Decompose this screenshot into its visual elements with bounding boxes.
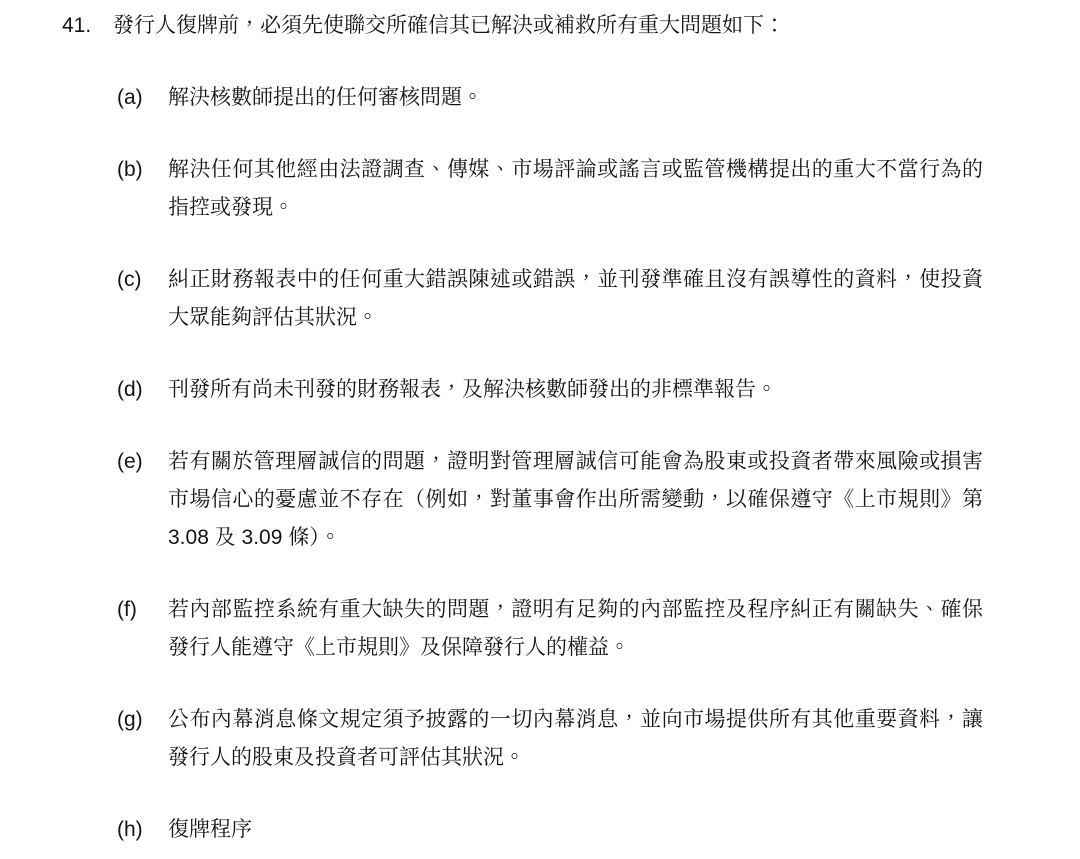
- sub-item-h: (h) 復牌程序: [117, 811, 1080, 849]
- sub-item-a-label: (a): [117, 79, 168, 117]
- sub-item-c-label: (c): [117, 261, 168, 299]
- sub-item-b-label: (b): [117, 151, 168, 189]
- sub-item-b: (b) 解決任何其他經由法證調查、傳媒、市場評論或謠言或監管機構提出的重大不當行…: [117, 151, 1080, 227]
- sub-item-e-label: (e): [117, 443, 168, 481]
- sub-item-h-label: (h): [117, 811, 168, 849]
- sub-item-c: (c) 糾正財務報表中的任何重大錯誤陳述或錯誤，並刊發準確且沒有誤導性的資料，使…: [117, 261, 1080, 337]
- sub-item-h-text: 復牌程序: [168, 811, 983, 849]
- item-41-text: 發行人復牌前，必須先使聯交所確信其已解決或補救所有重大問題如下：: [113, 7, 1013, 45]
- sub-item-d-label: (d): [117, 371, 168, 409]
- item-number: 41.: [62, 7, 113, 45]
- list-item-41: 41. 發行人復牌前，必須先使聯交所確信其已解決或補救所有重大問題如下：: [62, 7, 1080, 45]
- sub-item-g: (g) 公布內幕消息條文規定須予披露的一切內幕消息，並向市場提供所有其他重要資料…: [117, 701, 1080, 777]
- sub-item-d-text: 刊發所有尚未刊發的財務報表，及解決核數師發出的非標準報告。: [168, 371, 983, 409]
- sub-item-e-text: 若有關於管理層誠信的問題，證明對管理層誠信可能會為股東或投資者帶來風險或損害市場…: [168, 443, 983, 557]
- sub-item-g-text: 公布內幕消息條文規定須予披露的一切內幕消息，並向市場提供所有其他重要資料，讓發行…: [168, 701, 983, 777]
- sub-item-b-text: 解決任何其他經由法證調查、傳媒、市場評論或謠言或監管機構提出的重大不當行為的指控…: [168, 151, 983, 227]
- document-page: 41. 發行人復牌前，必須先使聯交所確信其已解決或補救所有重大問題如下： (a)…: [0, 0, 1080, 849]
- sub-item-a: (a) 解決核數師提出的任何審核問題。: [117, 79, 1080, 117]
- sub-item-f-text: 若內部監控系統有重大缺失的問題，證明有足夠的內部監控及程序糾正有關缺失、確保發行…: [168, 591, 983, 667]
- sub-item-f: (f) 若內部監控系統有重大缺失的問題，證明有足夠的內部監控及程序糾正有關缺失、…: [117, 591, 1080, 667]
- sub-item-d: (d) 刊發所有尚未刊發的財務報表，及解決核數師發出的非標準報告。: [117, 371, 1080, 409]
- sub-item-a-text: 解決核數師提出的任何審核問題。: [168, 79, 983, 117]
- sub-item-e: (e) 若有關於管理層誠信的問題，證明對管理層誠信可能會為股東或投資者帶來風險或…: [117, 443, 1080, 557]
- sub-item-c-text: 糾正財務報表中的任何重大錯誤陳述或錯誤，並刊發準確且沒有誤導性的資料，使投資大眾…: [168, 261, 983, 337]
- sub-item-f-label: (f): [117, 591, 168, 629]
- sub-item-g-label: (g): [117, 701, 168, 739]
